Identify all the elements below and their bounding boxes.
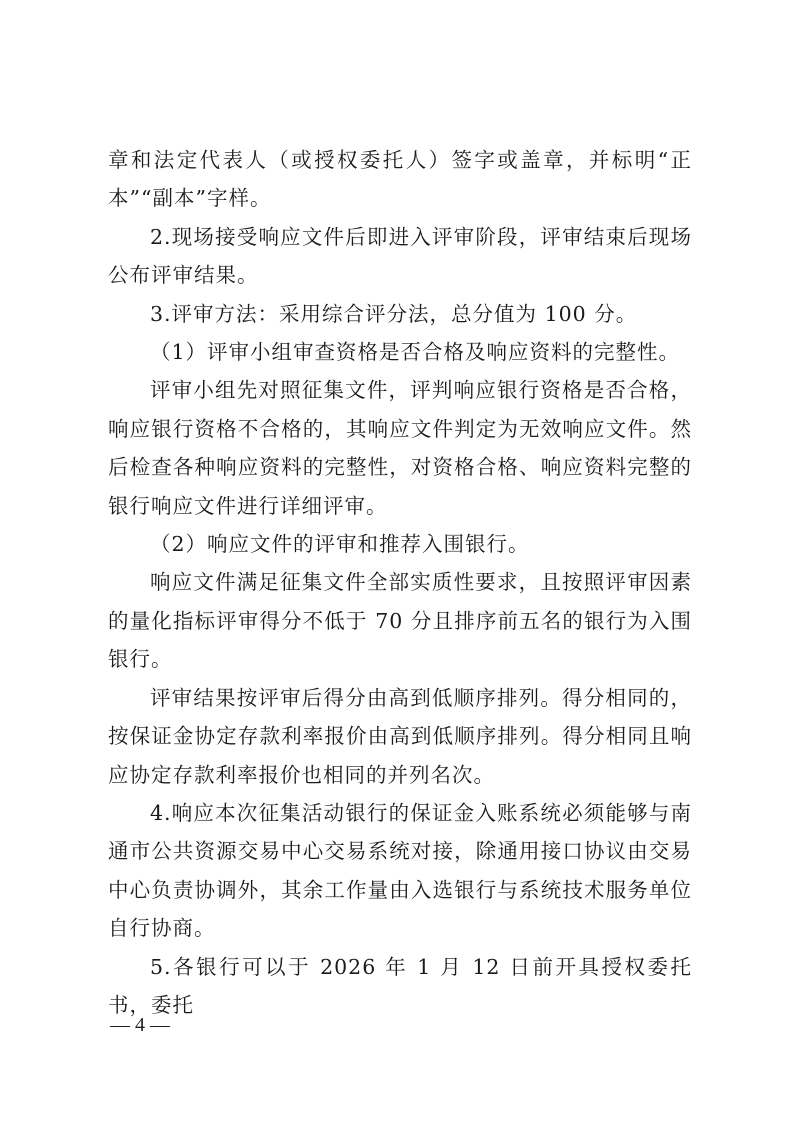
- document-page: 章和法定代表人（或授权委托人）签字或盖章，并标明“正本”“副本”字样。 2.现场…: [108, 141, 692, 1024]
- paragraph-item-2: 2.现场接受响应文件后即进入评审阶段，评审结束后现场公布评审结果。: [108, 218, 692, 295]
- paragraph-continuation: 章和法定代表人（或授权委托人）签字或盖章，并标明“正本”“副本”字样。: [108, 141, 692, 218]
- page-number: — 4 —: [110, 1014, 170, 1037]
- paragraph-item-3: 3.评审方法：采用综合评分法，总分值为 100 分。: [108, 295, 692, 333]
- paragraph-item-3-1: （1）评审小组审查资格是否合格及响应资料的完整性。: [108, 333, 692, 371]
- paragraph-item-4: 4.响应本次征集活动银行的保证金入账系统必须能够与南通市公共资源交易中心交易系统…: [108, 794, 692, 948]
- paragraph-item-5: 5.各银行可以于 2026 年 1 月 12 日前开具授权委托书，委托: [108, 948, 692, 1025]
- paragraph-ranking: 评审结果按评审后得分由高到低顺序排列。得分相同的，按保证金协定存款利率报价由高到…: [108, 679, 692, 794]
- paragraph-item-3-2: （2）响应文件的评审和推荐入围银行。: [108, 525, 692, 563]
- paragraph-item-3-2-body: 响应文件满足征集文件全部实质性要求，且按照评审因素的量化指标评审得分不低于 70…: [108, 563, 692, 678]
- paragraph-item-3-1-body: 评审小组先对照征集文件，评判响应银行资格是否合格，响应银行资格不合格的，其响应文…: [108, 371, 692, 525]
